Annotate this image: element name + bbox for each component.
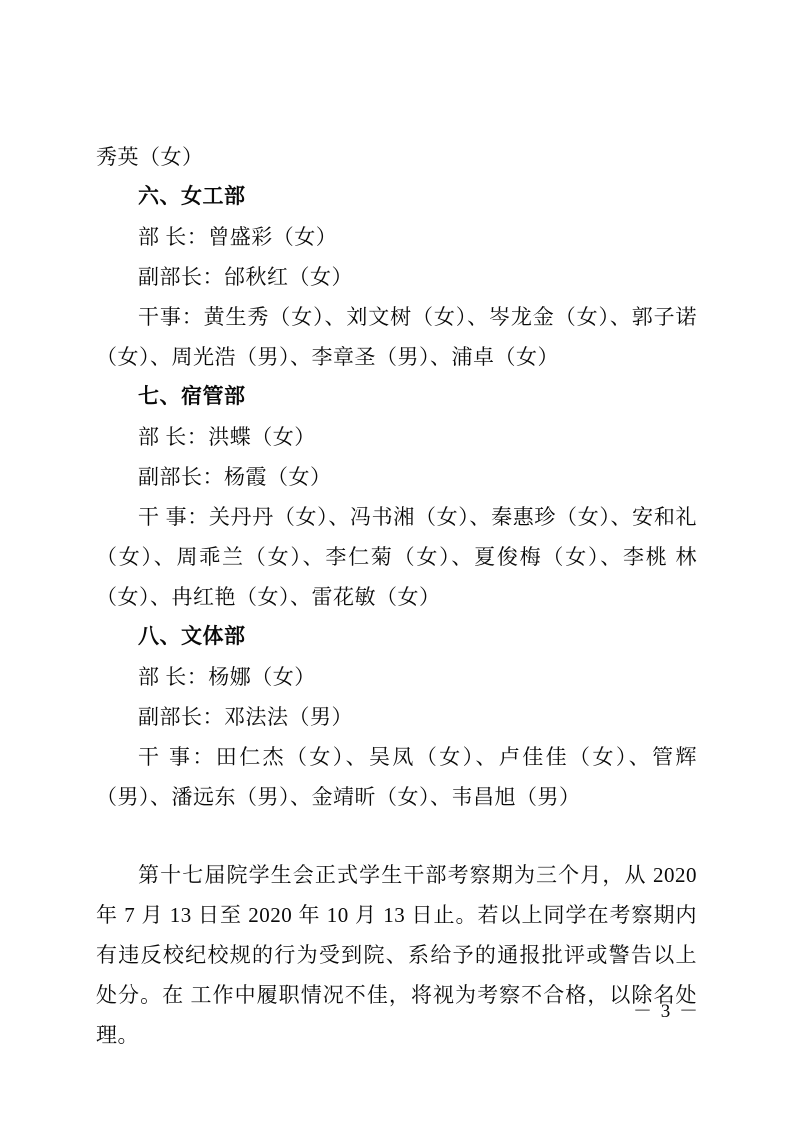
page-number: － 3 －	[633, 998, 700, 1026]
role-line-vice-minister: 副部长：杨霞（女）	[96, 457, 697, 497]
closing-paragraph: 第十七届院学生会正式学生干部考察期为三个月，从 2020 年 7 月 13 日至…	[96, 855, 697, 1055]
role-line-minister: 部 长：洪蝶（女）	[96, 417, 697, 457]
role-line-minister: 部 长：杨娜（女）	[96, 657, 697, 697]
role-line-vice-minister: 副部长：邓法法（男）	[96, 697, 697, 737]
role-line-vice-minister: 副部长：邰秋红（女）	[96, 257, 697, 297]
section-heading-women-work-dept: 六、女工部	[96, 177, 697, 217]
section-heading-culture-sports-dept: 八、文体部	[96, 617, 697, 657]
document-page: 秀英（女） 六、女工部 部 长：曾盛彩（女） 副部长：邰秋红（女） 干事：黄生秀…	[0, 0, 793, 1122]
carryover-line: 秀英（女）	[96, 137, 697, 177]
role-line-staff: 干 事：田仁杰（女）、吴凤（女）、卢佳佳（女）、管辉（男）、潘远东（男）、金靖昕…	[96, 737, 697, 817]
role-line-staff: 干 事：关丹丹（女）、冯书湘（女）、秦惠珍（女）、安和礼（女）、周乖兰（女）、李…	[96, 497, 697, 617]
document-content: 秀英（女） 六、女工部 部 长：曾盛彩（女） 副部长：邰秋红（女） 干事：黄生秀…	[96, 137, 697, 1055]
role-line-minister: 部 长：曾盛彩（女）	[96, 217, 697, 257]
role-line-staff: 干事：黄生秀（女）、刘文树（女）、岑龙金（女）、郭子诺（女）、周光浩（男）、李章…	[96, 297, 697, 377]
section-heading-dorm-dept: 七、宿管部	[96, 377, 697, 417]
